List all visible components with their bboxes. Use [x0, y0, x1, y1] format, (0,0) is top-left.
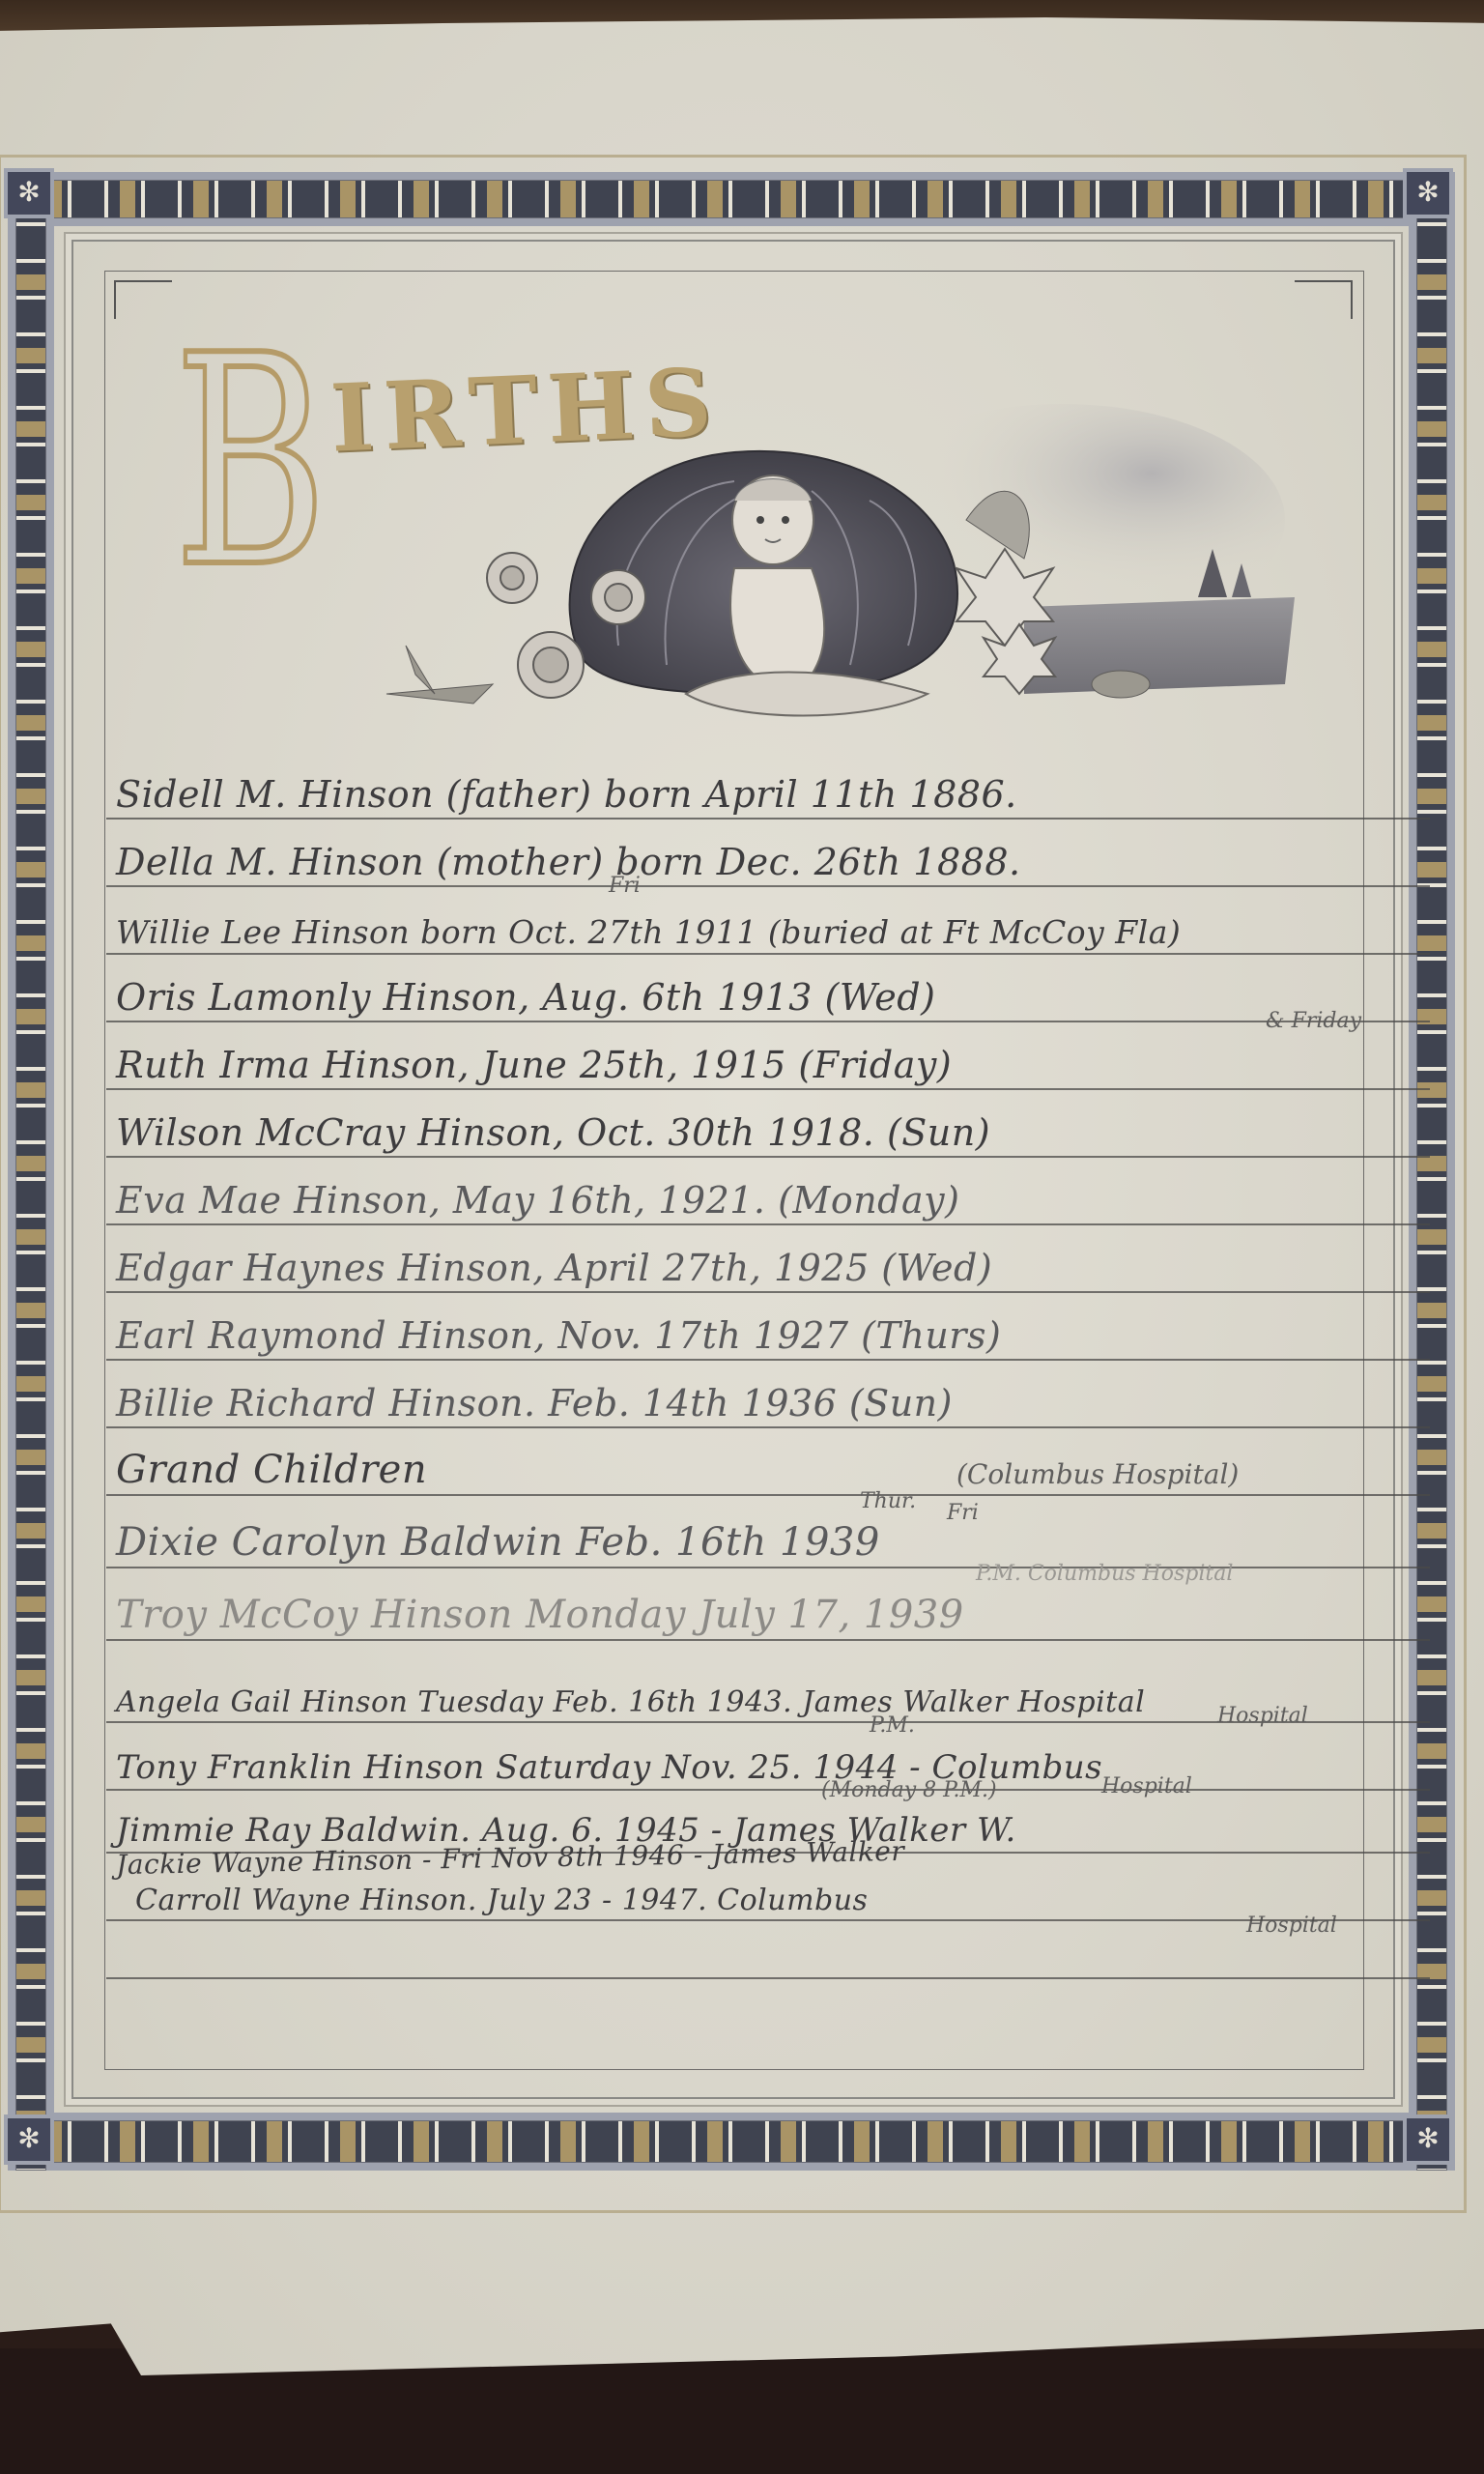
entry-text: Billie Richard Hinson. Feb. 14th 1936 (S… [116, 1382, 953, 1424]
ruled-line [106, 1639, 1430, 1641]
title-initial: B [174, 332, 328, 593]
entry-text: Eva Mae Hinson, May 16th, 1921. (Monday) [116, 1179, 959, 1222]
margin-note: (Monday 8 P.M.) [821, 1778, 997, 1802]
entry-row: Ruth Irma Hinson, June 25th, 1915 (Frida… [106, 1022, 1430, 1090]
margin-note: P.M. [870, 1713, 915, 1738]
corner-rosette-icon: ✻ [4, 168, 54, 218]
grandchildren-heading: Grand Children [116, 1448, 427, 1492]
grandchild-row: Tony Franklin Hinson Saturday Nov. 25. 1… [106, 1723, 1430, 1791]
ornamental-border-bottom [17, 2113, 1447, 2171]
corner-rosette-icon: ✻ [1403, 168, 1453, 218]
margin-note: Fri [609, 874, 641, 898]
margin-note: Hospital [1217, 1704, 1308, 1728]
ornamental-border-left [8, 172, 54, 2171]
corner-rosette-icon: ✻ [4, 2114, 54, 2165]
ornamental-border-top [17, 172, 1447, 226]
ruled-line [106, 1977, 1430, 1979]
entry-row: Earl Raymond Hinson, Nov. 17th 1927 (Thu… [106, 1293, 1430, 1361]
margin-note: Hospital [1101, 1774, 1192, 1798]
entry-row: Wilson McCray Hinson, Oct. 30th 1918. (S… [106, 1090, 1430, 1158]
entry-row: Eva Mae Hinson, May 16th, 1921. (Monday) [106, 1158, 1430, 1225]
grandchild-row: Dixie Carolyn Baldwin Feb. 16th 1939 Thu… [106, 1501, 1430, 1568]
entry-row: Sidell M. Hinson (father) born April 11t… [106, 752, 1430, 820]
corner-rosette-icon: ✻ [1403, 2114, 1453, 2165]
entry-row: Billie Richard Hinson. Feb. 14th 1936 (S… [106, 1361, 1430, 1428]
corner-flourish-icon [114, 280, 172, 319]
baby-in-shell-illustration [328, 404, 1304, 733]
entry-row: Della M. Hinson (mother) born Dec. 26th … [106, 820, 1430, 887]
entry-text: Dixie Carolyn Baldwin Feb. 16th 1939 [116, 1520, 880, 1565]
entry-text: Willie Lee Hinson born Oct. 27th 1911 (b… [116, 913, 1181, 951]
margin-note: Fri [947, 1501, 979, 1525]
margin-note: & Friday [1266, 1009, 1361, 1033]
grandchild-row: Troy McCoy Hinson Monday July 17, 1939 P… [106, 1573, 1430, 1641]
entry-row: Oris Lamonly Hinson, Aug. 6th 1913 (Wed) [106, 955, 1430, 1022]
corner-flourish-icon [1295, 280, 1353, 319]
ruled-line [106, 1919, 1430, 1921]
grandchildren-heading-row: Grand Children (Columbus Hospital) [106, 1428, 1430, 1496]
ruled-line [106, 1494, 1430, 1496]
entry-text: Earl Raymond Hinson, Nov. 17th 1927 (Thu… [116, 1314, 1001, 1357]
margin-note: Hospital [1246, 1913, 1337, 1938]
entry-text: Oris Lamonly Hinson, Aug. 6th 1913 (Wed) [116, 976, 935, 1019]
births-page: ✻ ✻ ✻ ✻ B IRTHS [0, 17, 1484, 2375]
entry-text: Troy McCoy Hinson Monday July 17, 1939 [116, 1593, 964, 1637]
margin-note: P.M. Columbus Hospital [976, 1562, 1233, 1586]
blank-row [106, 1941, 1430, 1979]
entry-text: Ruth Irma Hinson, June 25th, 1915 (Frida… [116, 1044, 952, 1086]
entry-text: Wilson McCray Hinson, Oct. 30th 1918. (S… [116, 1111, 990, 1154]
margin-note: Thur. [860, 1489, 916, 1513]
entry-row: Willie Lee Hinson born Oct. 27th 1911 (b… [106, 887, 1430, 955]
entry-text: Edgar Haynes Hinson, April 27th, 1925 (W… [116, 1247, 992, 1289]
entry-row: Edgar Haynes Hinson, April 27th, 1925 (W… [106, 1225, 1430, 1293]
entry-text: Carroll Wayne Hinson. July 23 - 1947. Co… [135, 1884, 868, 1917]
margin-note: (Columbus Hospital) [956, 1458, 1239, 1490]
entry-text: Angela Gail Hinson Tuesday Feb. 16th 194… [116, 1685, 1145, 1719]
entry-text: Sidell M. Hinson (father) born April 11t… [116, 773, 1017, 816]
entry-text: Della M. Hinson (mother) born Dec. 26th … [116, 841, 1021, 883]
grandchild-row: Carroll Wayne Hinson. July 23 - 1947. Co… [106, 1854, 1430, 1921]
